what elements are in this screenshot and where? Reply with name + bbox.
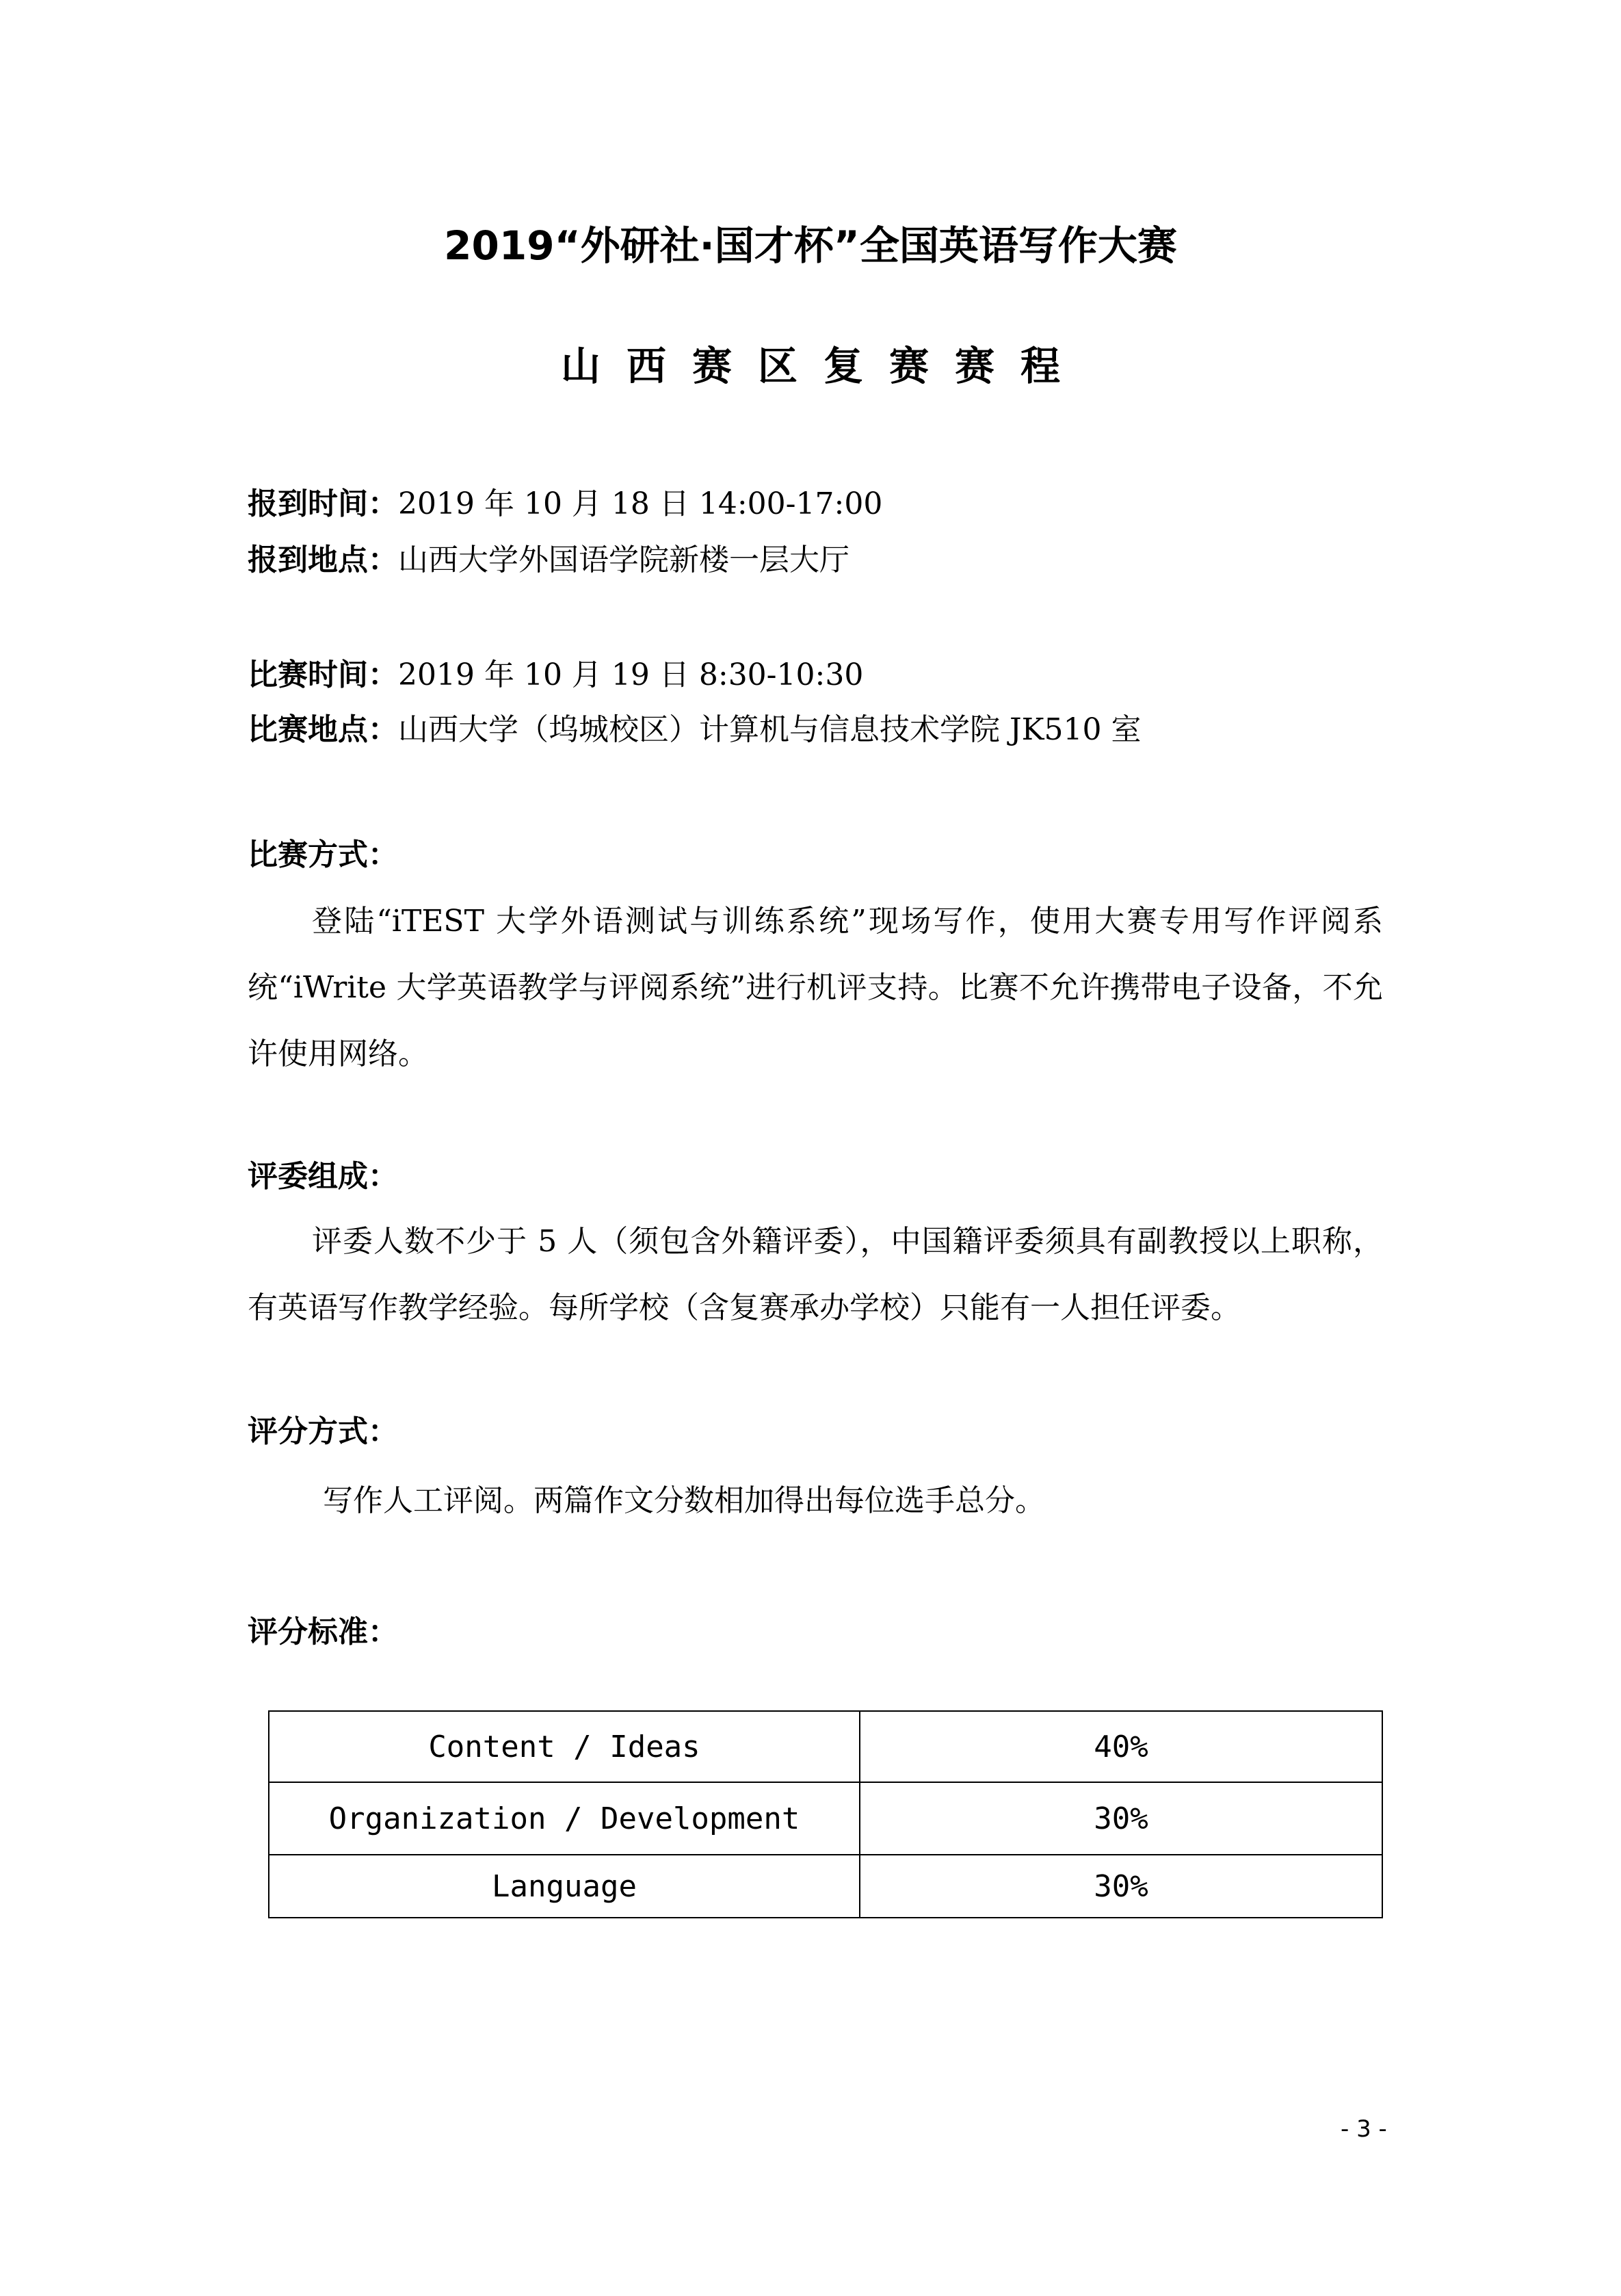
criteria-table: Content / Ideas 40% Organization / Devel…	[268, 1710, 1383, 1918]
contest-time-line: 比赛时间：2019 年 10 月 19 日 8:30-10:30	[248, 655, 863, 696]
scoring-method-body: 写作人工评阅。两篇作文分数相加得出每位选手总分。	[248, 1467, 1383, 1534]
criteria-item: Content / Ideas	[269, 1711, 860, 1782]
checkin-time-label: 报到时间：	[248, 486, 398, 521]
format-body: 登陆“iTEST 大学外语测试与训练系统”现场写作，使用大赛专用写作评阅系统“i…	[248, 888, 1383, 1087]
contest-location-value: 山西大学（坞城校区）计算机与信息技术学院 JK510 室	[398, 712, 1141, 747]
contest-time-label: 比赛时间：	[248, 657, 398, 692]
criteria-item: Language	[269, 1855, 860, 1918]
contest-location-line: 比赛地点：山西大学（坞城校区）计算机与信息技术学院 JK510 室	[248, 709, 1141, 751]
judges-heading: 评委组成：	[248, 1156, 398, 1197]
contest-location-label: 比赛地点：	[248, 712, 398, 747]
table-row: Content / Ideas 40%	[269, 1711, 1382, 1782]
document-title: 2019“外研社·国才杯”全国英语写作大赛	[0, 213, 1621, 271]
page-number: - 3 -	[1341, 2115, 1387, 2143]
checkin-location-value: 山西大学外国语学院新楼一层大厅	[398, 543, 849, 577]
format-heading: 比赛方式：	[248, 835, 398, 876]
checkin-location-line: 报到地点：山西大学外国语学院新楼一层大厅	[248, 540, 849, 581]
checkin-location-label: 报到地点：	[248, 543, 398, 577]
judges-body: 评委人数不少于 5 人（须包含外籍评委），中国籍评委须具有副教授以上职称，有英语…	[248, 1208, 1383, 1341]
scoring-method-heading: 评分方式：	[248, 1411, 398, 1452]
criteria-item: Organization / Development	[269, 1782, 860, 1855]
checkin-time-line: 报到时间：2019 年 10 月 18 日 14:00-17:00	[248, 484, 882, 525]
table-row: Organization / Development 30%	[269, 1782, 1382, 1855]
criteria-heading: 评分标准：	[248, 1612, 398, 1653]
contest-time-value: 2019 年 10 月 19 日 8:30-10:30	[398, 657, 863, 692]
table-row: Language 30%	[269, 1855, 1382, 1918]
criteria-weight: 30%	[860, 1855, 1382, 1918]
criteria-weight: 30%	[860, 1782, 1382, 1855]
criteria-weight: 40%	[860, 1711, 1382, 1782]
document-subtitle: 山西赛区复赛赛程	[0, 334, 1621, 391]
checkin-time-value: 2019 年 10 月 18 日 14:00-17:00	[398, 486, 882, 521]
